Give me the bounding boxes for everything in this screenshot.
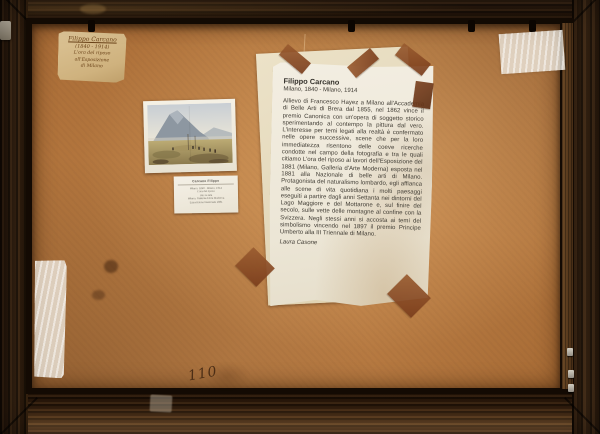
frame-rail-bottom — [0, 392, 600, 434]
keyhole-slot — [348, 20, 355, 32]
handwritten-label: Filippo Carcano (1840 - 1914) L'ora del … — [57, 31, 126, 83]
tissue-tape — [499, 30, 566, 74]
biography-label: Filippo Carcano Milano, 1840 - Milano, 1… — [267, 62, 435, 310]
framed-painting-verso: Filippo Carcano (1840 - 1914) L'ora del … — [0, 0, 600, 434]
tissue-tape — [33, 260, 67, 379]
stain — [104, 260, 118, 273]
metal-clip — [568, 370, 574, 378]
keyhole-slot — [88, 20, 95, 32]
mini-label-line: Esposizione Nazionale 1881 — [178, 200, 234, 204]
keyhole-slot — [529, 20, 536, 32]
adhesive-tape — [412, 81, 433, 109]
mini-label-title: Carcano Filippo — [178, 179, 234, 186]
metal-clip — [567, 348, 573, 356]
cardboard-backing: Filippo Carcano (1840 - 1914) L'ora del … — [32, 24, 560, 388]
stretcher-bar-edge — [562, 23, 573, 389]
biography-text: Allievo di Francesco Hayez a Milano all'… — [280, 98, 424, 240]
stain — [92, 290, 105, 300]
handwritten-line: di Milano — [58, 63, 126, 71]
frame-recess: Filippo Carcano (1840 - 1914) L'ora del … — [26, 18, 574, 394]
wood-scuff-mark — [80, 4, 106, 14]
catalog-mini-label: Carcano Filippo Milano, 1840 - Milano, 1… — [174, 175, 239, 213]
frame-rail-right — [572, 0, 600, 434]
tissue-texture — [499, 30, 566, 74]
artwork-photo-print — [143, 99, 237, 173]
tissue-texture — [33, 260, 67, 379]
mountain-landscape-image — [147, 103, 233, 165]
frame-rail-left — [0, 0, 28, 434]
metal-hanger — [0, 21, 11, 40]
keyhole-slot — [468, 20, 475, 32]
paper-remnant — [150, 394, 173, 412]
metal-clip — [568, 384, 574, 392]
